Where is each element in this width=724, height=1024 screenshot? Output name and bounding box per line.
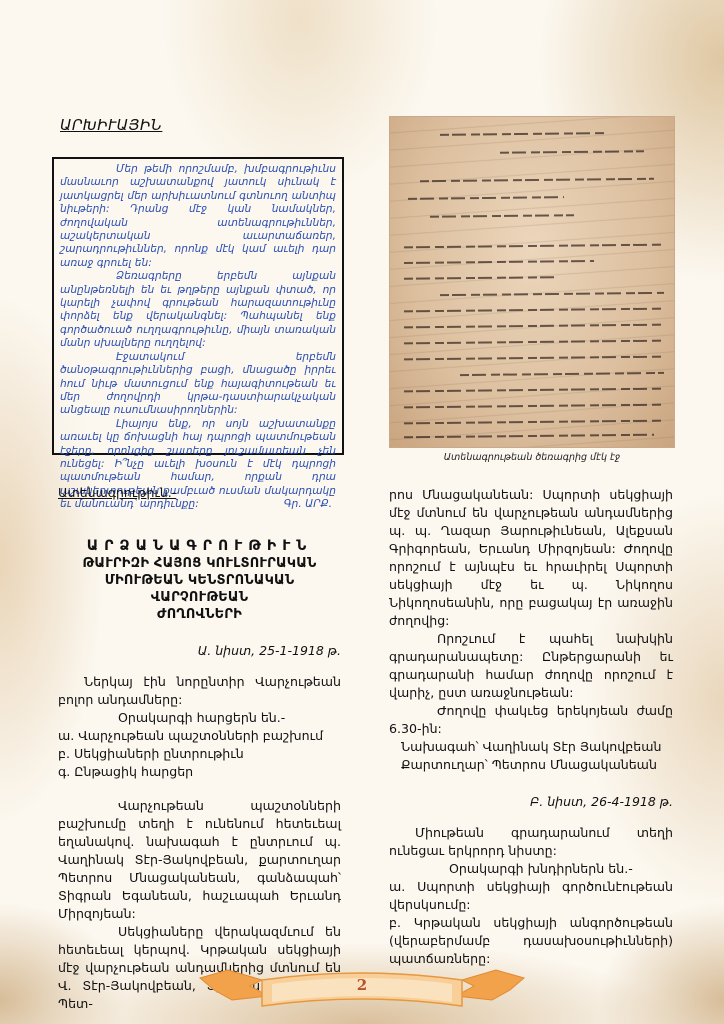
minutes-label: Ատենագրութիւն.- bbox=[58, 485, 341, 500]
title-line: ԱՐՁԱՆԱԳՐՈՒԹԻՒՆ bbox=[58, 538, 341, 555]
agenda-item: գ. Ընթացիկ հարցեր bbox=[58, 763, 341, 781]
title-line: ԺՈՂՈՎՆԵՐԻ bbox=[58, 606, 341, 623]
session-1-date: Ա. նիստ, 25-1-1918 թ. bbox=[58, 643, 341, 659]
session-1-secretary: Քարտուղար՝ Պետրոս Մնացականեան bbox=[389, 756, 673, 774]
title-line: ԹԱՒՐԻԶԻ ՀԱՅՈՑ ԿՈՒԼՏՈՒՐԱԿԱՆ bbox=[58, 555, 341, 572]
agenda-item: ա. Վարչութեան պաշտօնների բաշխում bbox=[58, 727, 341, 745]
session-1-chair: Նախագահ՝ Վաղինակ Տէր Յակովբեան bbox=[389, 738, 673, 756]
session-1-paragraph: Վարչութեան պաշտօնների բաշխումը տեղի է ու… bbox=[58, 797, 341, 923]
left-column: Ատենագրութիւն.- ԱՐՁԱՆԱԳՐՈՒԹԻՒՆ ԹԱՒՐԻԶԻ Հ… bbox=[58, 485, 341, 1013]
agenda-item: ա. Սպորտի սեկցիայի գործունէութեան վերսկս… bbox=[389, 878, 673, 914]
session-2-date: Բ. նիստ, 26-4-1918 թ. bbox=[389, 794, 673, 810]
session-2-paragraph: Միութեան գրադարանում տեղի ունեցաւ երկրոր… bbox=[389, 824, 673, 860]
session-1-agenda-heading: Օրակարգի հարցերն են.- bbox=[58, 709, 341, 727]
session-2-agenda-heading: Օրակարգի խնդիրներն են.- bbox=[389, 860, 673, 878]
intro-paragraph: Էջատակում երբեմն ծանօթագրութիւններից բաց… bbox=[60, 351, 336, 418]
agenda-item: բ. Սեկցիաների ընտրութիւն bbox=[58, 745, 341, 763]
section-label: ԱՐԽԻՒԱՅԻՆ bbox=[60, 116, 162, 134]
intro-paragraph: Մեր թեմի որոշմամբ, խմբագրութիւնս մասնաւո… bbox=[60, 163, 336, 270]
document-title: ԱՐՁԱՆԱԳՐՈՒԹԻՒՆ ԹԱՒՐԻԶԻ ՀԱՅՈՑ ԿՈՒԼՏՈՒՐԱԿԱ… bbox=[58, 538, 341, 623]
session-1-paragraph: Ժողովը փակւեց երեկոյեան ժամը 6.30-ին: bbox=[389, 702, 673, 738]
editorial-intro-box: Մեր թեմի որոշմամբ, խմբագրութիւնս մասնաւո… bbox=[52, 157, 344, 455]
manuscript-photo bbox=[389, 116, 675, 448]
right-column: րոս Մնացականեան: Սպորտի սեկցիայի մէջ մտն… bbox=[389, 486, 673, 968]
agenda-item: բ. Կրթական սեկցիայի անգործութեան (վերաբե… bbox=[389, 914, 673, 968]
session-1-present: Ներկայ էին նորընտիր Վարչութեան բոլոր անդ… bbox=[58, 673, 341, 709]
title-line: ՄԻՈՒԹԵԱՆ ԿԵՆՏՐՈՆԱԿԱՆ ՎԱՐՉՈՒԹԵԱՆ bbox=[58, 572, 341, 606]
intro-paragraph: Ձեռագրերը երբեմն այնքան անընթեռնելի են ե… bbox=[60, 270, 336, 350]
page-number: 2 bbox=[342, 976, 382, 994]
photo-caption: Ատենագրութեան ծեռագրից մէկ էջ bbox=[389, 452, 675, 463]
session-1-paragraph: Որոշւում է պահել նախկին գրադարանապետը: Ը… bbox=[389, 630, 673, 702]
session-1-paragraph: րոս Մնացականեան: Սպորտի սեկցիայի մէջ մտն… bbox=[389, 486, 673, 630]
